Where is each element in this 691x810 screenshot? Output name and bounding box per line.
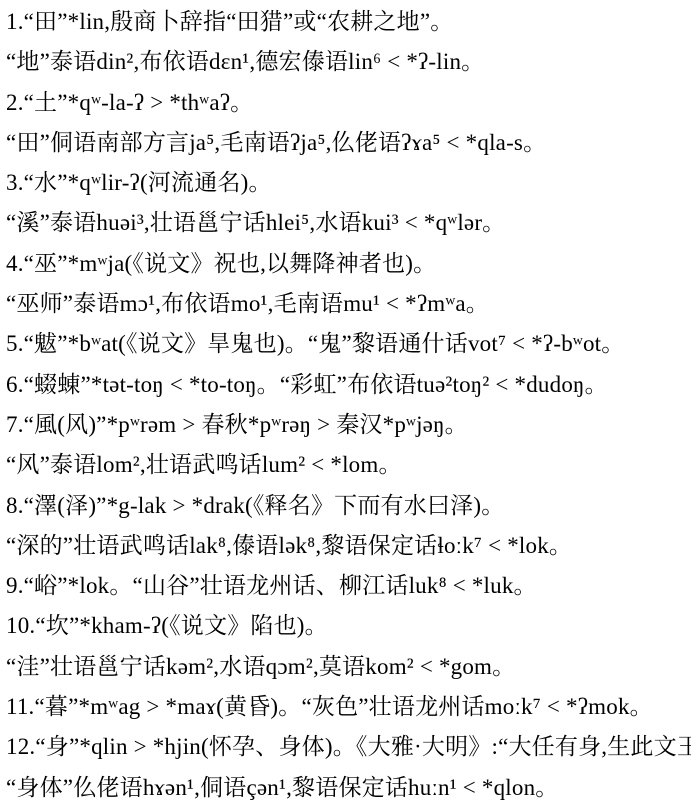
text-line-3: 2.“土”*qʷ-la-ʔ > *thʷaʔ。 xyxy=(6,83,689,123)
text-line-7: 4.“巫”*mʷja(《说文》祝也,以舞降神者也)。 xyxy=(6,244,689,284)
text-line-15: 9.“峪”*lok。“山谷”壮语龙州话、柳江话luk⁸ < *luk。 xyxy=(6,566,689,606)
text-line-11: 7.“風(风)”*pʷrəm > 春秋*pʷrəŋ > 秦汉*pʷjəŋ。 xyxy=(6,405,689,445)
text-line-17: “洼”壮语邕宁话kəm²,水语qɔm²,莫语kom² < *gom。 xyxy=(6,647,689,687)
text-line-16: 10.“坎”*kham-ʔ(《说文》陷也)。 xyxy=(6,606,689,646)
text-line-13: 8.“澤(泽)”*g-lak > *drak(《释名》下而有水曰泽)。 xyxy=(6,486,689,526)
text-line-2: “地”泰语din²,布依语dɛn¹,德宏傣语lin⁶ < *ʔ-lin。 xyxy=(6,42,689,82)
text-line-20: “身体”仫佬语hɤən¹,侗语çən¹,黎语保定话huːn¹ < *qlon。 xyxy=(6,768,689,808)
text-line-1: 1.“田”*lin,殷商卜辞指“田猎”或“农耕之地”。 xyxy=(6,2,689,42)
text-line-6: “溪”泰语huəi³,壮语邕宁话hlei⁵,水语kui³ < *qʷlər。 xyxy=(6,203,689,243)
text-line-19: 12.“身”*qlin > *hjin(怀孕、身体)。《大雅·大明》:“大任有身… xyxy=(6,727,689,767)
document-page: 1.“田”*lin,殷商卜辞指“田猎”或“农耕之地”。 “地”泰语din²,布依… xyxy=(0,0,691,810)
text-line-10: 6.“蝃蝀”*tət-toŋ < *to-toŋ。“彩虹”布依语tuə²toŋ²… xyxy=(6,365,689,405)
text-line-12: “风”泰语lom²,壮语武鸣话lum² < *lom。 xyxy=(6,445,689,485)
text-line-9: 5.“魃”*bʷat(《说文》旱鬼也)。“鬼”黎语通什话vot⁷ < *ʔ-bʷ… xyxy=(6,324,689,364)
text-line-18: 11.“暮”*mʷag > *maɤ(黄昏)。“灰色”壮语龙州话moːk⁷ < … xyxy=(6,687,689,727)
text-line-5: 3.“水”*qʷlir-ʔ(河流通名)。 xyxy=(6,163,689,203)
text-line-8: “巫师”泰语mɔ¹,布依语mo¹,毛南语mu¹ < *ʔmʷa。 xyxy=(6,284,689,324)
text-line-4: “田”侗语南部方言ja⁵,毛南语ʔja⁵,仫佬语ʔɤa⁵ < *qla-s。 xyxy=(6,123,689,163)
text-line-14: “深的”壮语武鸣话lak⁸,傣语lək⁸,黎语保定话ɬoːk⁷ < *lok。 xyxy=(6,526,689,566)
